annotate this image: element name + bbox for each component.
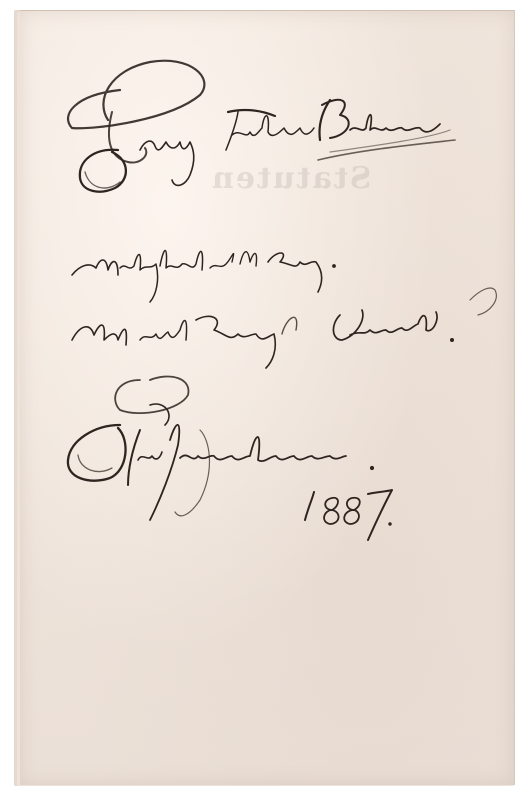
bleed-through-title: Statuten xyxy=(210,161,371,196)
